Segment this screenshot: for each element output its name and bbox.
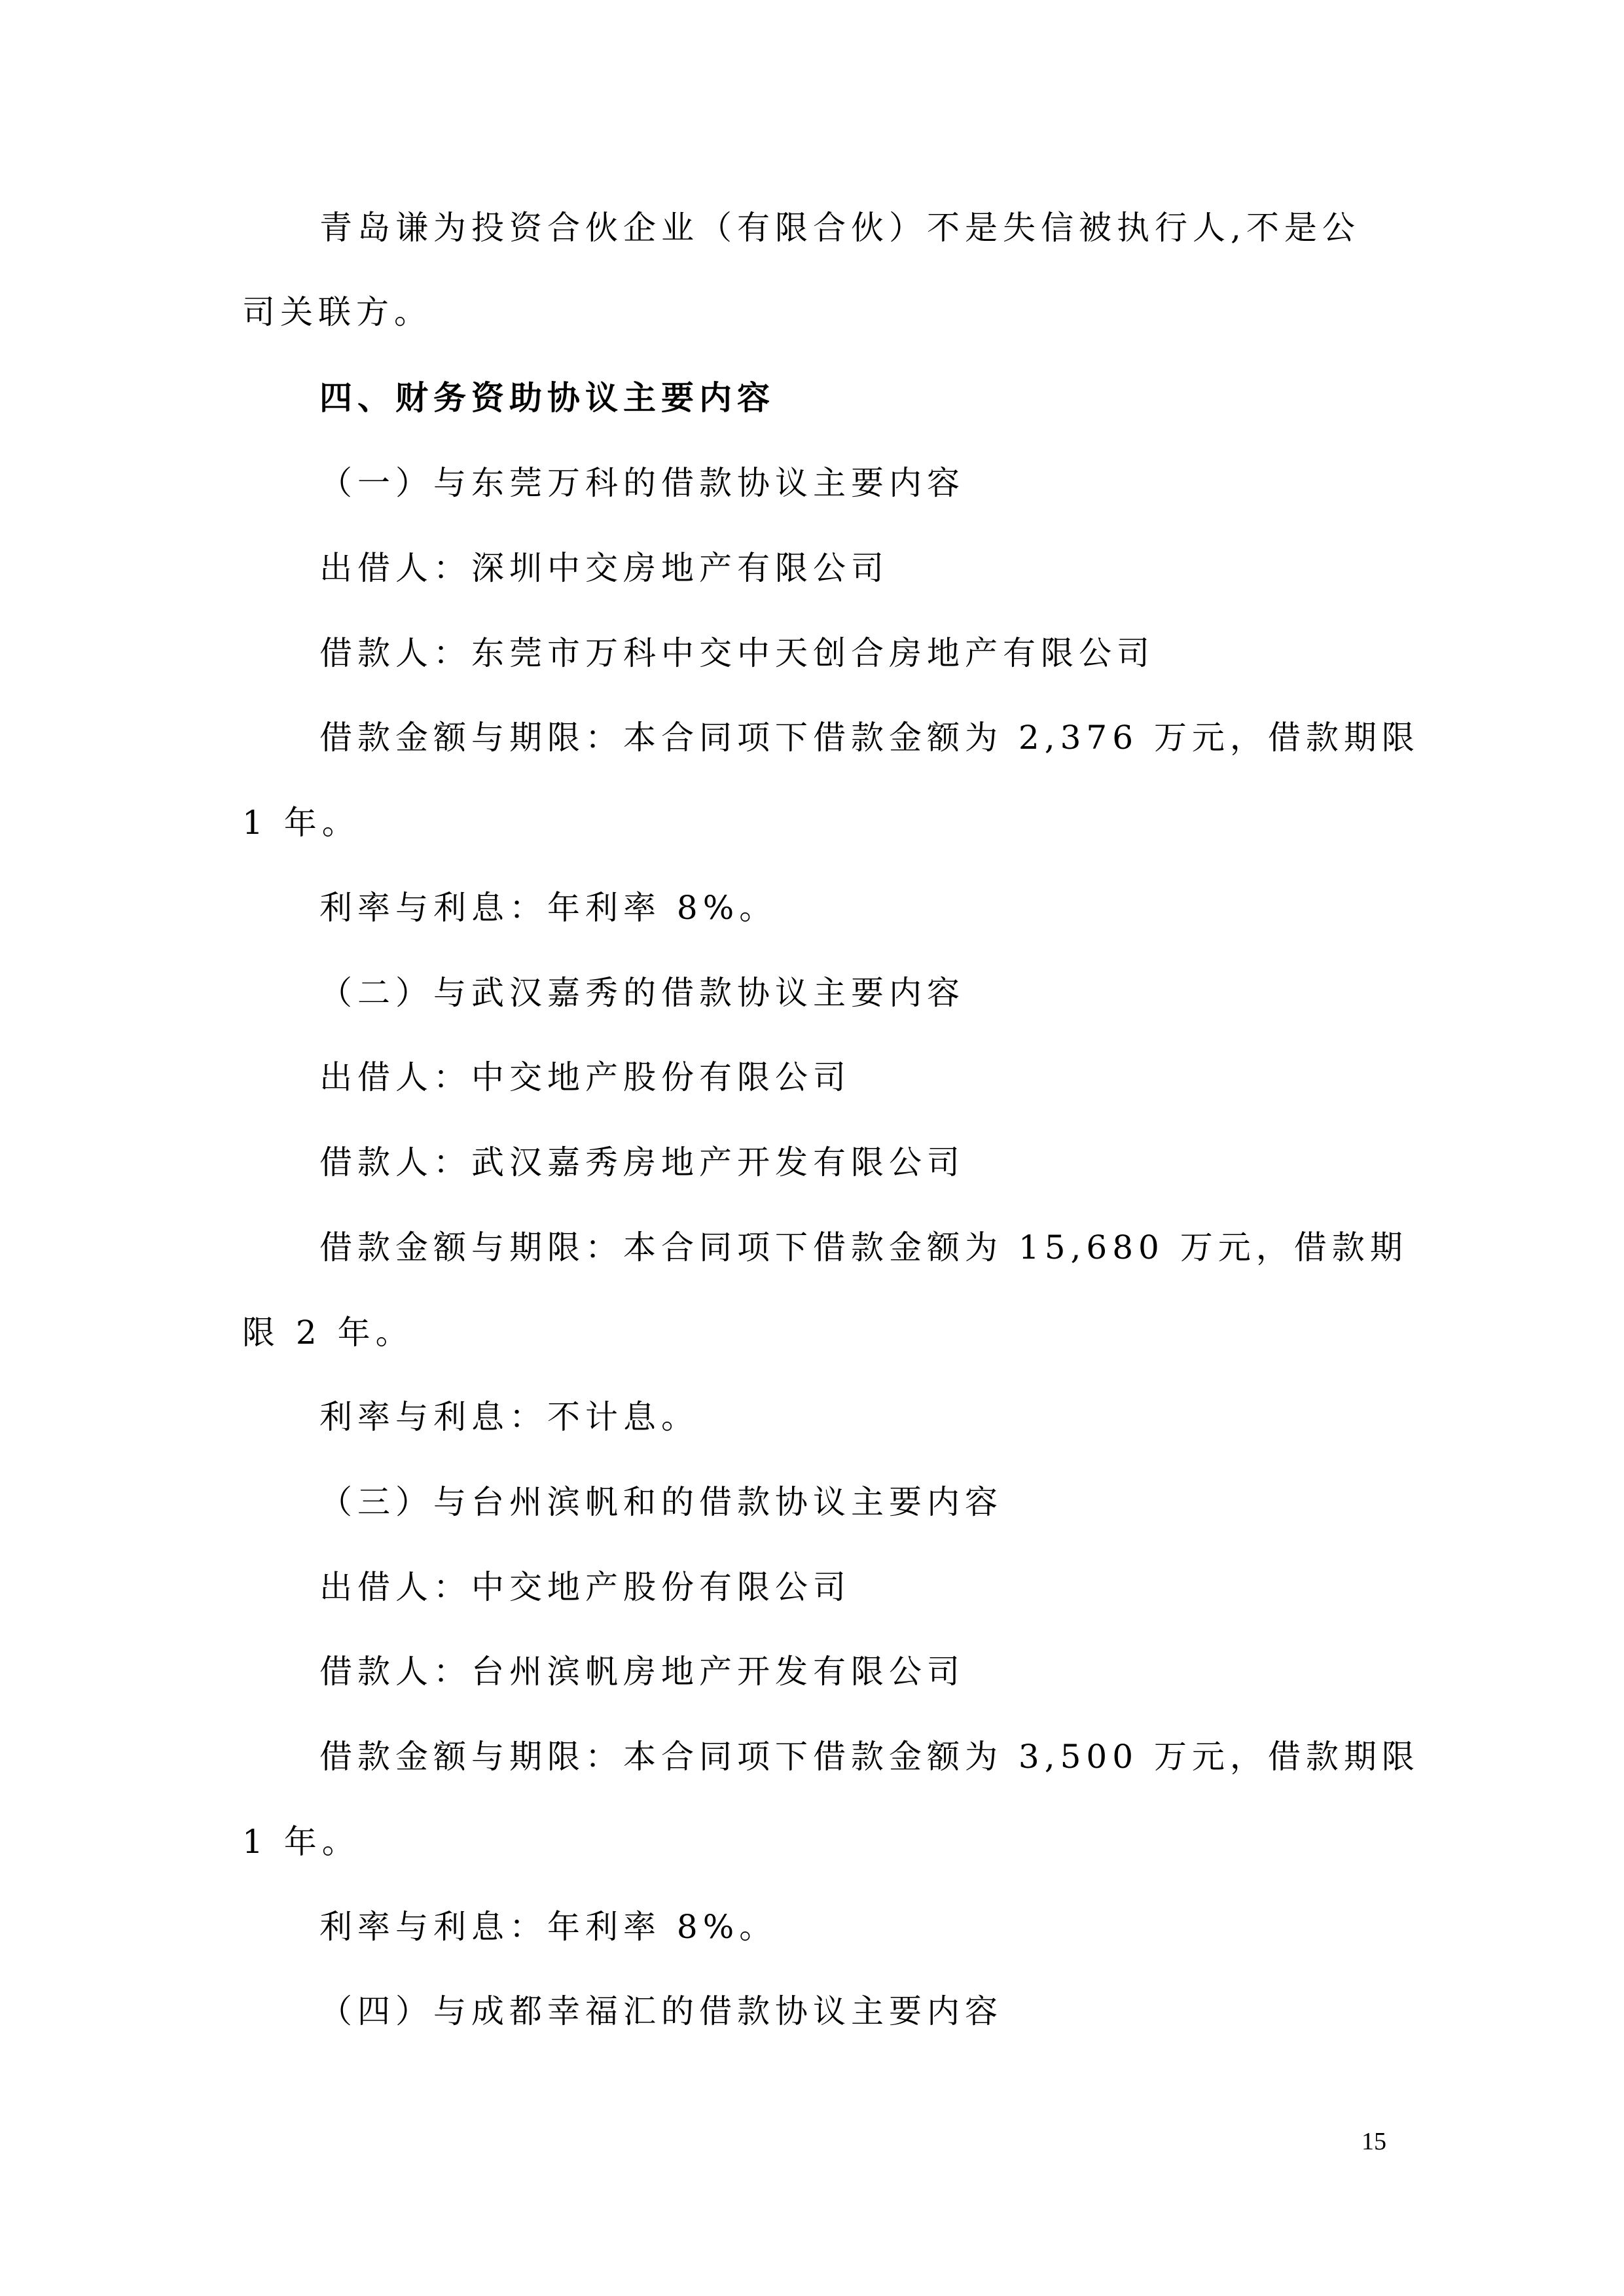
interest-line: 利率与利息：年利率 8%。 [319, 1907, 1471, 1946]
amount-term-line-cont: 1 年。 [242, 803, 1394, 842]
paragraph-line: 青岛谦为投资合伙企业（有限合伙）不是失信被执行人,不是公 [319, 208, 1471, 247]
subsection-heading: （三）与台州滨帆和的借款协议主要内容 [319, 1482, 1471, 1522]
amount-term-line: 借款金额与期限：本合同项下借款金额为 3,500 万元，借款期限 [319, 1737, 1471, 1776]
document-page: 青岛谦为投资合伙企业（有限合伙）不是失信被执行人,不是公 司关联方。 四、财务资… [0, 0, 1624, 2296]
amount-term-line: 借款金额与期限：本合同项下借款金额为 15,680 万元，借款期 [319, 1228, 1471, 1267]
subsection-heading: （一）与东莞万科的借款协议主要内容 [319, 463, 1471, 503]
borrower-line: 借款人：台州滨帆房地产开发有限公司 [319, 1652, 1471, 1691]
amount-term-line: 借款金额与期限：本合同项下借款金额为 2,376 万元，借款期限 [319, 718, 1471, 757]
paragraph-line: 司关联方。 [242, 293, 1394, 332]
subsection-heading: （四）与成都幸福汇的借款协议主要内容 [319, 1992, 1471, 2031]
amount-term-line-cont: 限 2 年。 [242, 1313, 1394, 1352]
interest-line: 利率与利息：年利率 8%。 [319, 888, 1471, 927]
amount-term-line-cont: 1 年。 [242, 1822, 1394, 1861]
borrower-line: 借款人：东莞市万科中交中天创合房地产有限公司 [319, 634, 1471, 673]
lender-line: 出借人：中交地产股份有限公司 [319, 1058, 1471, 1097]
subsection-heading: （二）与武汉嘉秀的借款协议主要内容 [319, 973, 1471, 1013]
page-number: 15 [1362, 2127, 1386, 2156]
section-heading: 四、财务资助协议主要内容 [319, 378, 1471, 418]
lender-line: 出借人：深圳中交房地产有限公司 [319, 548, 1471, 588]
borrower-line: 借款人：武汉嘉秀房地产开发有限公司 [319, 1143, 1471, 1182]
interest-line: 利率与利息：不计息。 [319, 1397, 1471, 1437]
lender-line: 出借人：中交地产股份有限公司 [319, 1568, 1471, 1607]
